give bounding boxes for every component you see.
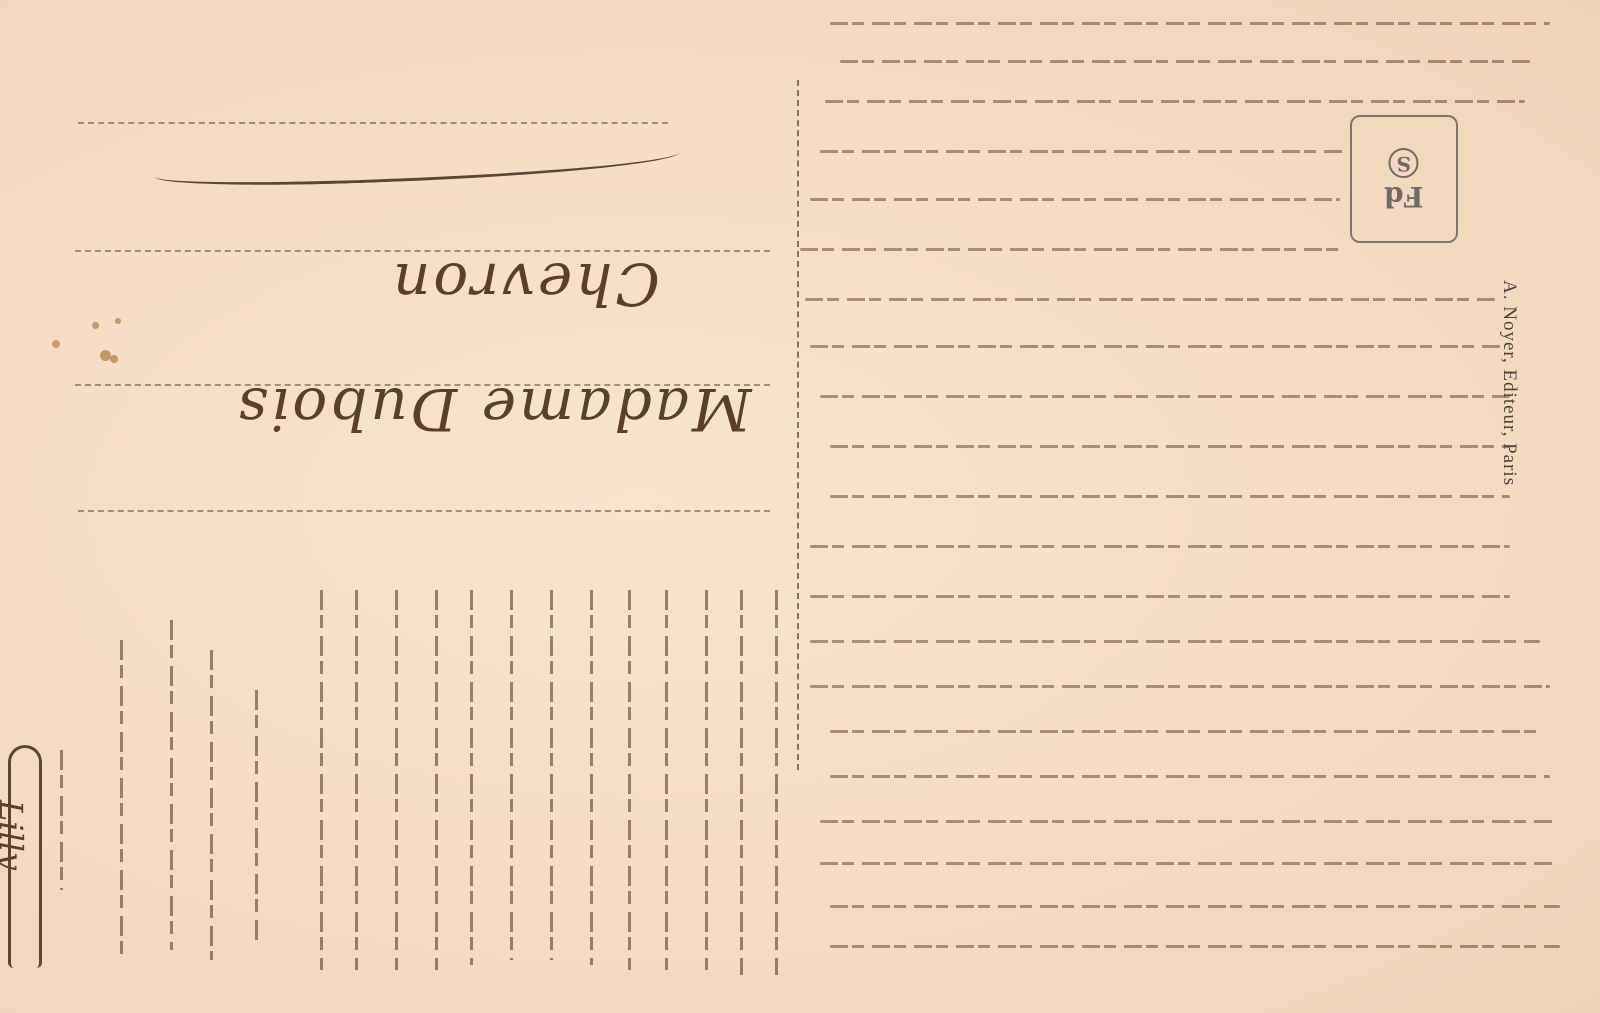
handwritten-swash bbox=[155, 139, 681, 190]
stamp-box: Fd S bbox=[1350, 115, 1458, 243]
signature-flourish bbox=[8, 745, 42, 968]
address-line-1 bbox=[78, 122, 668, 124]
address-line-4 bbox=[78, 510, 770, 512]
ink-stain bbox=[92, 322, 99, 329]
publisher-credit: A. Noyer, Editeur, Paris bbox=[1498, 280, 1520, 486]
postcard-back: Madame Dubois Chevron Fd S A. Noyer, Edi… bbox=[0, 0, 1600, 1013]
address-town: Chevron bbox=[390, 250, 660, 318]
address-name: Madame Dubois bbox=[235, 375, 752, 443]
publisher-monogram-icon: Fd S bbox=[1384, 148, 1423, 210]
ink-stain bbox=[110, 355, 118, 363]
ink-stain bbox=[115, 318, 121, 324]
address-divider bbox=[797, 80, 799, 770]
ink-stain bbox=[52, 340, 60, 348]
